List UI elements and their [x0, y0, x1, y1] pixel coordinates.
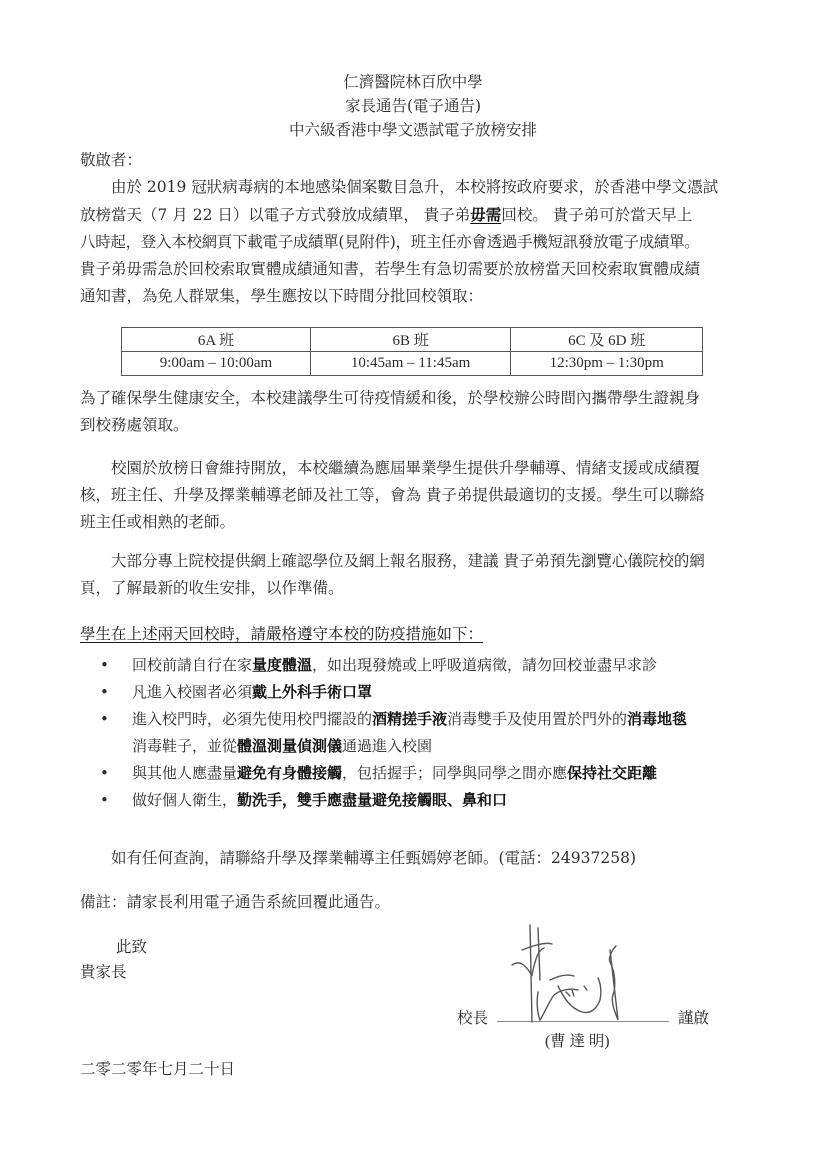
bullet-icon: •: [100, 652, 109, 679]
paragraph-line: 由於 2019 冠狀病毒病的本地感染個案數目急升，本校將按政府要求，於香港中學文…: [80, 174, 750, 201]
signature-icon: [510, 920, 660, 1030]
paragraph-line: 放榜當天（7 月 22 日）以電子方式發放成績單， 貴子弟毋需回校。 貴子弟可於…: [80, 201, 750, 229]
list-item: • 回校前請自行在家量度體溫，如出現發燒或上呼吸道病徵，請勿回校並盡早求診: [100, 652, 770, 679]
table-row: 9:00am – 10:00am 10:45am – 11:45am 12:30…: [122, 352, 703, 376]
measures-heading: 學生在上述兩天回校時，請嚴格遵守本校的防疫措施如下：: [80, 622, 483, 646]
list-item: • 做好個人衛生，勤洗手，雙手應盡量避免接觸眼、鼻和口: [100, 787, 770, 814]
salutation: 敬啟者：: [80, 148, 142, 172]
paragraph-line: 到校務處領取。: [80, 412, 750, 439]
closing-line2: 貴家長: [80, 960, 127, 984]
list-item: • 與其他人應盡量避免有身體接觸，包括握手；同學與同學之間亦應保持社交距離: [100, 760, 770, 787]
notice-title: 中六級香港中學文憑試電子放榜安排: [0, 118, 826, 142]
principal-name: (曹 達 明): [545, 1030, 610, 1054]
paragraph-campus-support: 校園於放榜日會維持開放，本校繼續為應屆畢業學生提供升學輔導、情緒支援或成績覆 核…: [80, 455, 750, 536]
table-header-row: 6A 班 6B 班 6C 及 6D 班: [122, 328, 703, 352]
table-cell-class: 6B 班: [310, 328, 510, 352]
emphasis-no-need: 毋需: [470, 205, 501, 224]
list-item: • 凡進入校園者必須戴上外科手術口罩: [100, 679, 770, 706]
notice-date: 二零二零年七月二十日: [80, 1057, 235, 1081]
signature-right-label: 謹啟: [678, 1006, 709, 1030]
paragraph-line: 通知書，為免人群眾集，學生應按以下時間分批回校領取：: [80, 283, 750, 310]
notice-type: 家長通告(電子通告): [0, 94, 826, 118]
remark-text: 備註：請家長利用電子通告系統回覆此通告。: [80, 890, 390, 914]
paragraph-results-arrangement: 由於 2019 冠狀病毒病的本地感染個案數目急升，本校將按政府要求，於香港中學文…: [80, 174, 750, 310]
table-cell-time: 9:00am – 10:00am: [122, 352, 311, 376]
bullet-icon: •: [100, 760, 109, 787]
bullet-icon: •: [100, 679, 109, 706]
list-item: • 進入校門時，必須先使用校門擺設的酒精搓手液消毒雙手及使用置於門外的消毒地毯消…: [100, 706, 770, 760]
paragraph-line: 校園於放榜日會維持開放，本校繼續為應屆畢業學生提供升學輔導、情緒支援或成績覆: [80, 455, 750, 482]
collection-schedule-table: 6A 班 6B 班 6C 及 6D 班 9:00am – 10:00am 10:…: [121, 327, 703, 376]
paragraph-line: 大部分專上院校提供網上確認學位及網上報名服務，建議 貴子弟預先瀏覽心儀院校的網: [80, 548, 750, 575]
signature-left-label: 校長: [457, 1006, 488, 1030]
paragraph-collect-later: 為了確保學生健康安全，本校建議學生可待疫情緩和後，於學校辦公時間內攜帶學生證親身…: [80, 385, 750, 439]
school-name: 仁濟醫院林百欣中學: [0, 70, 826, 94]
paragraph-line: 八時起，登入本校網頁下載電子成績單(見附件)，班主任亦會透過手機短訊發放電子成績…: [80, 229, 750, 256]
paragraph-line: 為了確保學生健康安全，本校建議學生可待疫情緩和後，於學校辦公時間內攜帶學生證親身: [80, 385, 750, 412]
paragraph-tertiary: 大部分專上院校提供網上確認學位及網上報名服務，建議 貴子弟預先瀏覽心儀院校的網 …: [80, 548, 750, 602]
paragraph-line: 核，班主任、升學及擇業輔導老師及社工等，會為 貴子弟提供最適切的支援。學生可以聯…: [80, 482, 750, 509]
closing-line1: 此致: [116, 935, 147, 959]
bullet-icon: •: [100, 787, 109, 814]
notice-page: 仁濟醫院林百欣中學 家長通告(電子通告) 中六級香港中學文憑試電子放榜安排 敬啟…: [0, 0, 826, 1168]
table-cell-class: 6A 班: [122, 328, 311, 352]
measures-list: • 回校前請自行在家量度體溫，如出現發燒或上呼吸道病徵，請勿回校並盡早求診 • …: [100, 652, 770, 814]
notice-header: 仁濟醫院林百欣中學 家長通告(電子通告) 中六級香港中學文憑試電子放榜安排: [0, 70, 826, 142]
paragraph-line: 班主任或相熟的老師。: [80, 509, 750, 536]
table-cell-time: 10:45am – 11:45am: [310, 352, 510, 376]
bullet-icon: •: [100, 706, 109, 733]
enquiry-text: 如有任何查詢，請聯絡升學及擇業輔導主任甄嫣婷老師。(電話：24937258): [111, 846, 636, 870]
paragraph-line: 頁，了解最新的收生安排，以作準備。: [80, 575, 750, 602]
paragraph-line: 貴子弟毋需急於回校索取實體成績通知書，若學生有急切需要於放榜當天回校索取實體成績: [80, 256, 750, 283]
table-cell-time: 12:30pm – 1:30pm: [511, 352, 703, 376]
table-cell-class: 6C 及 6D 班: [511, 328, 703, 352]
